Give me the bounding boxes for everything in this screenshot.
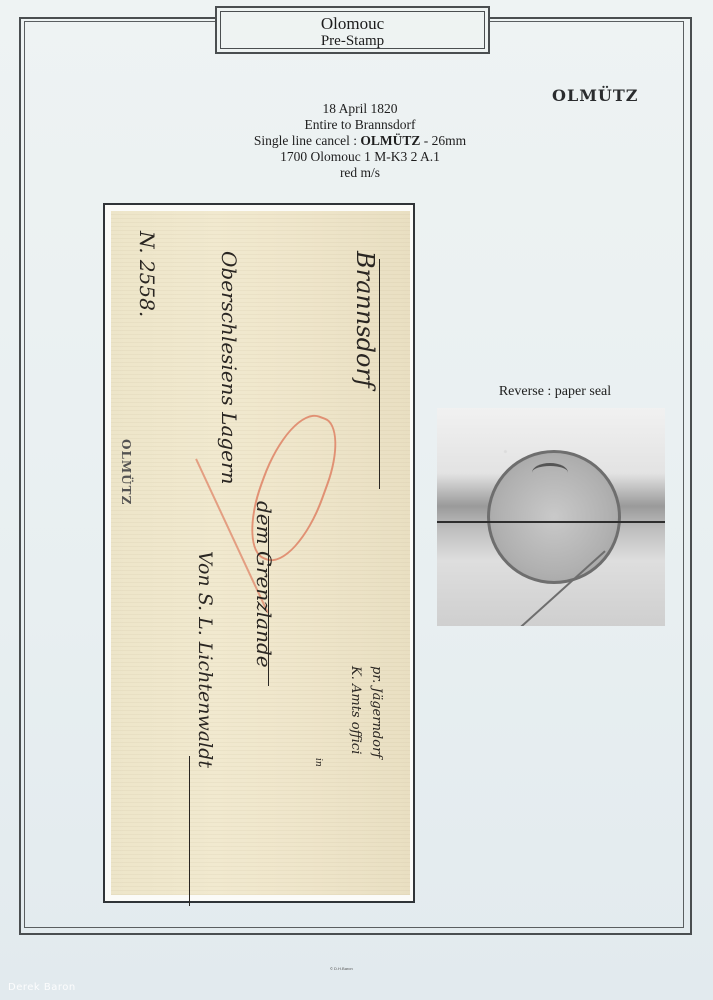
olmutz-cancel-stamp: OLMÜTZ <box>119 439 133 505</box>
underline <box>189 756 190 906</box>
manuscript-line-c: dem Grenzlande <box>252 501 276 668</box>
manuscript-small-mark: in <box>313 758 323 767</box>
watermark: Derek Baron <box>8 982 76 993</box>
underline <box>379 259 380 489</box>
item-description: 18 April 1820 Entire to Brannsdorf Singl… <box>210 101 510 181</box>
side-note-2: pr. Jägerndorf <box>369 666 384 758</box>
cancel-name: OLMÜTZ <box>360 133 420 148</box>
side-note-1: K. Amts offici <box>348 666 363 754</box>
envelope-image: N. 2558. OLMÜTZ Brannsdorf Von S. L. Lic… <box>103 203 415 903</box>
page-subtitle: Pre-Stamp <box>217 33 488 50</box>
cancel-sample: OLMÜTZ <box>552 86 638 105</box>
paper-seal-image <box>437 408 665 626</box>
title-box: Olomouc Pre-Stamp <box>215 6 490 54</box>
manuscript-line-b: Oberschlesiens Lagern <box>217 251 241 484</box>
page-title: Olomouc <box>217 15 488 33</box>
manuscript-number: N. 2558. <box>135 231 159 317</box>
item-cancel: Single line cancel : OLMÜTZ - 26mm <box>210 133 510 149</box>
album-page: Olomouc Pre-Stamp 18 April 1820 Entire t… <box>0 0 713 1000</box>
item-type: Entire to Brannsdorf <box>210 117 510 133</box>
item-marking: red m/s <box>210 165 510 181</box>
manuscript-destination: Brannsdorf <box>351 251 379 388</box>
seal-crown-icon <box>532 463 568 482</box>
item-date: 18 April 1820 <box>210 101 510 117</box>
seal-fold-line <box>437 521 665 523</box>
underline <box>268 516 269 686</box>
manuscript-line-a: Von S. L. Lichtenwaldt <box>194 551 216 768</box>
envelope-paper: N. 2558. OLMÜTZ Brannsdorf Von S. L. Lic… <box>111 211 410 895</box>
reverse-caption: Reverse : paper seal <box>430 384 680 400</box>
copyright-mark: © D.H.Baron <box>330 966 353 971</box>
item-catalogue: 1700 Olomouc 1 M-K3 2 A.1 <box>210 149 510 165</box>
